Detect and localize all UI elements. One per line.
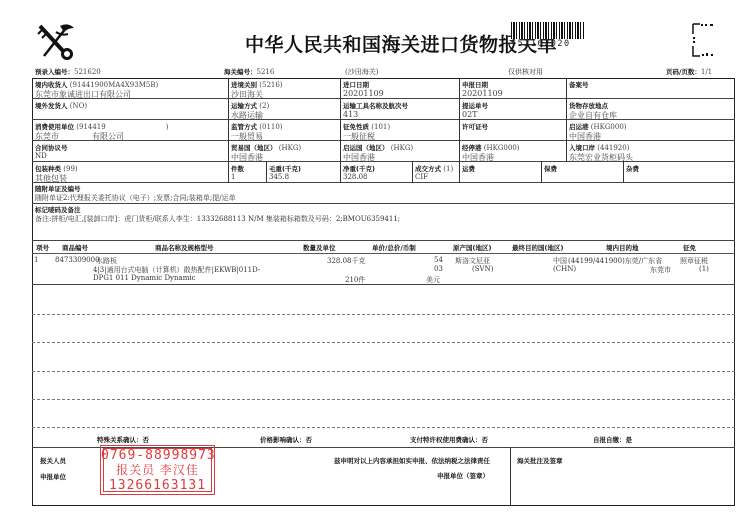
levy-nature-label: 征免性质 (101) [343,122,390,131]
attached-docs-value: 随附单证2:代理报关委托协议（电子）;发票;合同;装箱单;提/运单 [35,193,236,203]
quantity-1: 328.08千克 [327,256,366,266]
total-price: 03 [434,265,443,273]
consignee-value: 东莞市象诚进出口有限公司 [35,89,131,100]
gross-weight-value: 345.8 [269,173,289,181]
package-type-label: 包装种类 (99) [35,164,78,173]
storage-label: 货物存放地点 [569,101,608,110]
col-origin: 原产国(地区) [453,243,491,252]
vessel-label: 运输工具名称及航次号 [343,101,408,110]
trade-country-value: 中国香港 [231,152,263,163]
stamp-mobile: 13266163131 [101,479,214,492]
trade-country-label: 贸易国（地区） (HKG) [231,143,301,152]
seal-label: 申报单位（签章） [437,471,489,480]
special-relation-confirm: 特殊关系确认：否 [97,435,149,444]
declarant-stamp: 0769-88998973 报关员 李汉佳 13266163131 [100,445,215,495]
bill-no-label: 提运单号 [462,101,488,110]
marks-value: 备注:拼柜/电汇,[装卸口岸]：虎门货柜/联系人李生：13332688113 N… [35,214,400,224]
entry-port-value: 东莞宏业货柜码头 [569,152,633,163]
royalty-confirm: 支付特许权使用费确认：否 [410,435,488,444]
transport-mode-label: 运输方式 (2) [231,101,269,110]
contract-no-label: 合同协议号 [35,143,68,152]
qr-code-icon [692,22,716,58]
verify-note: 仅供核对用 [508,67,543,77]
pre-entry-number: 预录入编号：521620 [35,67,101,76]
col-levy: 征免 [683,243,696,252]
consumer-company: 有限公司 [92,131,124,142]
supervision-label: 监管方式 (0110) [231,122,283,131]
record-no-label: 备案号 [569,80,589,89]
bill-no-value: 02T [462,110,478,119]
declarant-label: 报关人员 [40,456,66,465]
currency: 美元 [426,275,440,285]
storage-value: 企业自有仓库 [569,110,617,121]
barcode [511,22,585,39]
vessel-value: 413 [343,110,358,119]
unit-price: 54 [434,256,443,264]
col-goods-name: 商品名称及规格型号 [155,243,214,252]
origin-code: (SVN) [472,265,493,273]
entry-customs-value: 沙田海关 [231,89,263,100]
import-date-label: 进口日期 [343,80,369,89]
goods-spec-line2: DPG1 011 Dynamic Dynamic [93,274,196,282]
dest-code: (CHN) [553,265,576,273]
consumer-city: 东莞市 [35,131,59,142]
consignor-label: 境外发货人 (NO) [35,101,87,110]
barcode-text: *52162020 [511,39,571,49]
transaction-mode-value: CIF [415,173,428,181]
col-item-no: 项号 [36,243,49,252]
hs-code: 8473309000 [55,256,100,264]
declare-date-label: 申报日期 [462,80,488,89]
customs-approval-label: 海关批注及签章 [517,456,563,465]
attached-docs-label: 随附单证及编号 [35,184,81,193]
customs-name: (沙田海关) [345,67,378,77]
package-type-value: 其他包装 [35,173,67,184]
pieces-value: 1 [231,173,235,181]
customs-number: 海关编号：5216 [224,67,274,76]
domestic-dest-city: 东莞市 [650,265,671,275]
departure-port-label: 启运港 (HKG000) [569,122,627,131]
gross-weight-label: 毛重(千克) [269,164,301,173]
levy-code: (1) [699,265,709,273]
transport-mode-value: 水路运输 [231,110,263,121]
pieces-label: 件数 [231,164,244,173]
origin-country-value: 中国香港 [343,152,375,163]
consumer-label: 消费使用单位 (914419) [35,122,168,131]
col-destination: 最终目的国(地区) [512,243,563,252]
col-quantity: 数量及单位 [303,243,336,252]
transaction-mode-label: 成交方式 (1) [415,164,453,173]
self-report-confirm: 自报自缴：是 [593,435,632,444]
misc-fee-label: 杂费 [626,164,639,173]
transit-port-value: 中国香港 [462,152,494,163]
consignee-label: 境内收货人 (91441900MA4X93M5B) [35,80,158,89]
departure-port-value: 中国香港 [569,131,601,142]
customs-emblem-icon [34,22,76,60]
entry-port-label: 入境口岸 (441920) [569,143,629,152]
declarant-unit-label: 申报单位 [40,472,66,481]
col-hs-code: 商品编号 [62,243,88,252]
declare-date-value: 20201109 [462,89,503,98]
insurance-label: 保费 [544,164,557,173]
supervision-value: 一般贸易 [231,131,263,142]
price-influence-confirm: 价格影响确认：否 [260,435,312,444]
contract-no-value: ND [35,152,47,160]
freight-label: 运费 [462,164,475,173]
import-date-value: 20201109 [343,89,384,98]
legal-statement: 兹申明对以上内容承担如实申报、依法纳税之法律责任 [334,456,490,465]
transit-port-label: 经停港 (HKG000) [462,143,520,152]
domestic-dest: (44199/441900)东莞/广东省 [568,256,662,266]
net-weight-value: 328.08 [343,173,368,181]
page-count: 页码/页数：1/1 [666,67,712,76]
marks-label: 标记唛码及备注 [35,205,81,214]
item-no: 1 [34,256,38,264]
col-price: 单价/总价/币制 [372,243,416,252]
stamp-phone: 0769-88998973 [101,449,214,462]
quantity-2: 210件 [345,275,365,285]
levy-nature-value: 一般征税 [343,131,375,142]
entry-customs-label: 进境关别 (5216) [231,80,283,89]
origin-country-label: 启运国（地区） (HKG) [343,143,413,152]
license-no-label: 许可证号 [462,122,488,131]
net-weight-label: 净重(千克) [343,164,375,173]
stamp-name: 报关员 李汉佳 [101,464,214,477]
col-domestic-dest: 境内目的地 [606,243,639,252]
